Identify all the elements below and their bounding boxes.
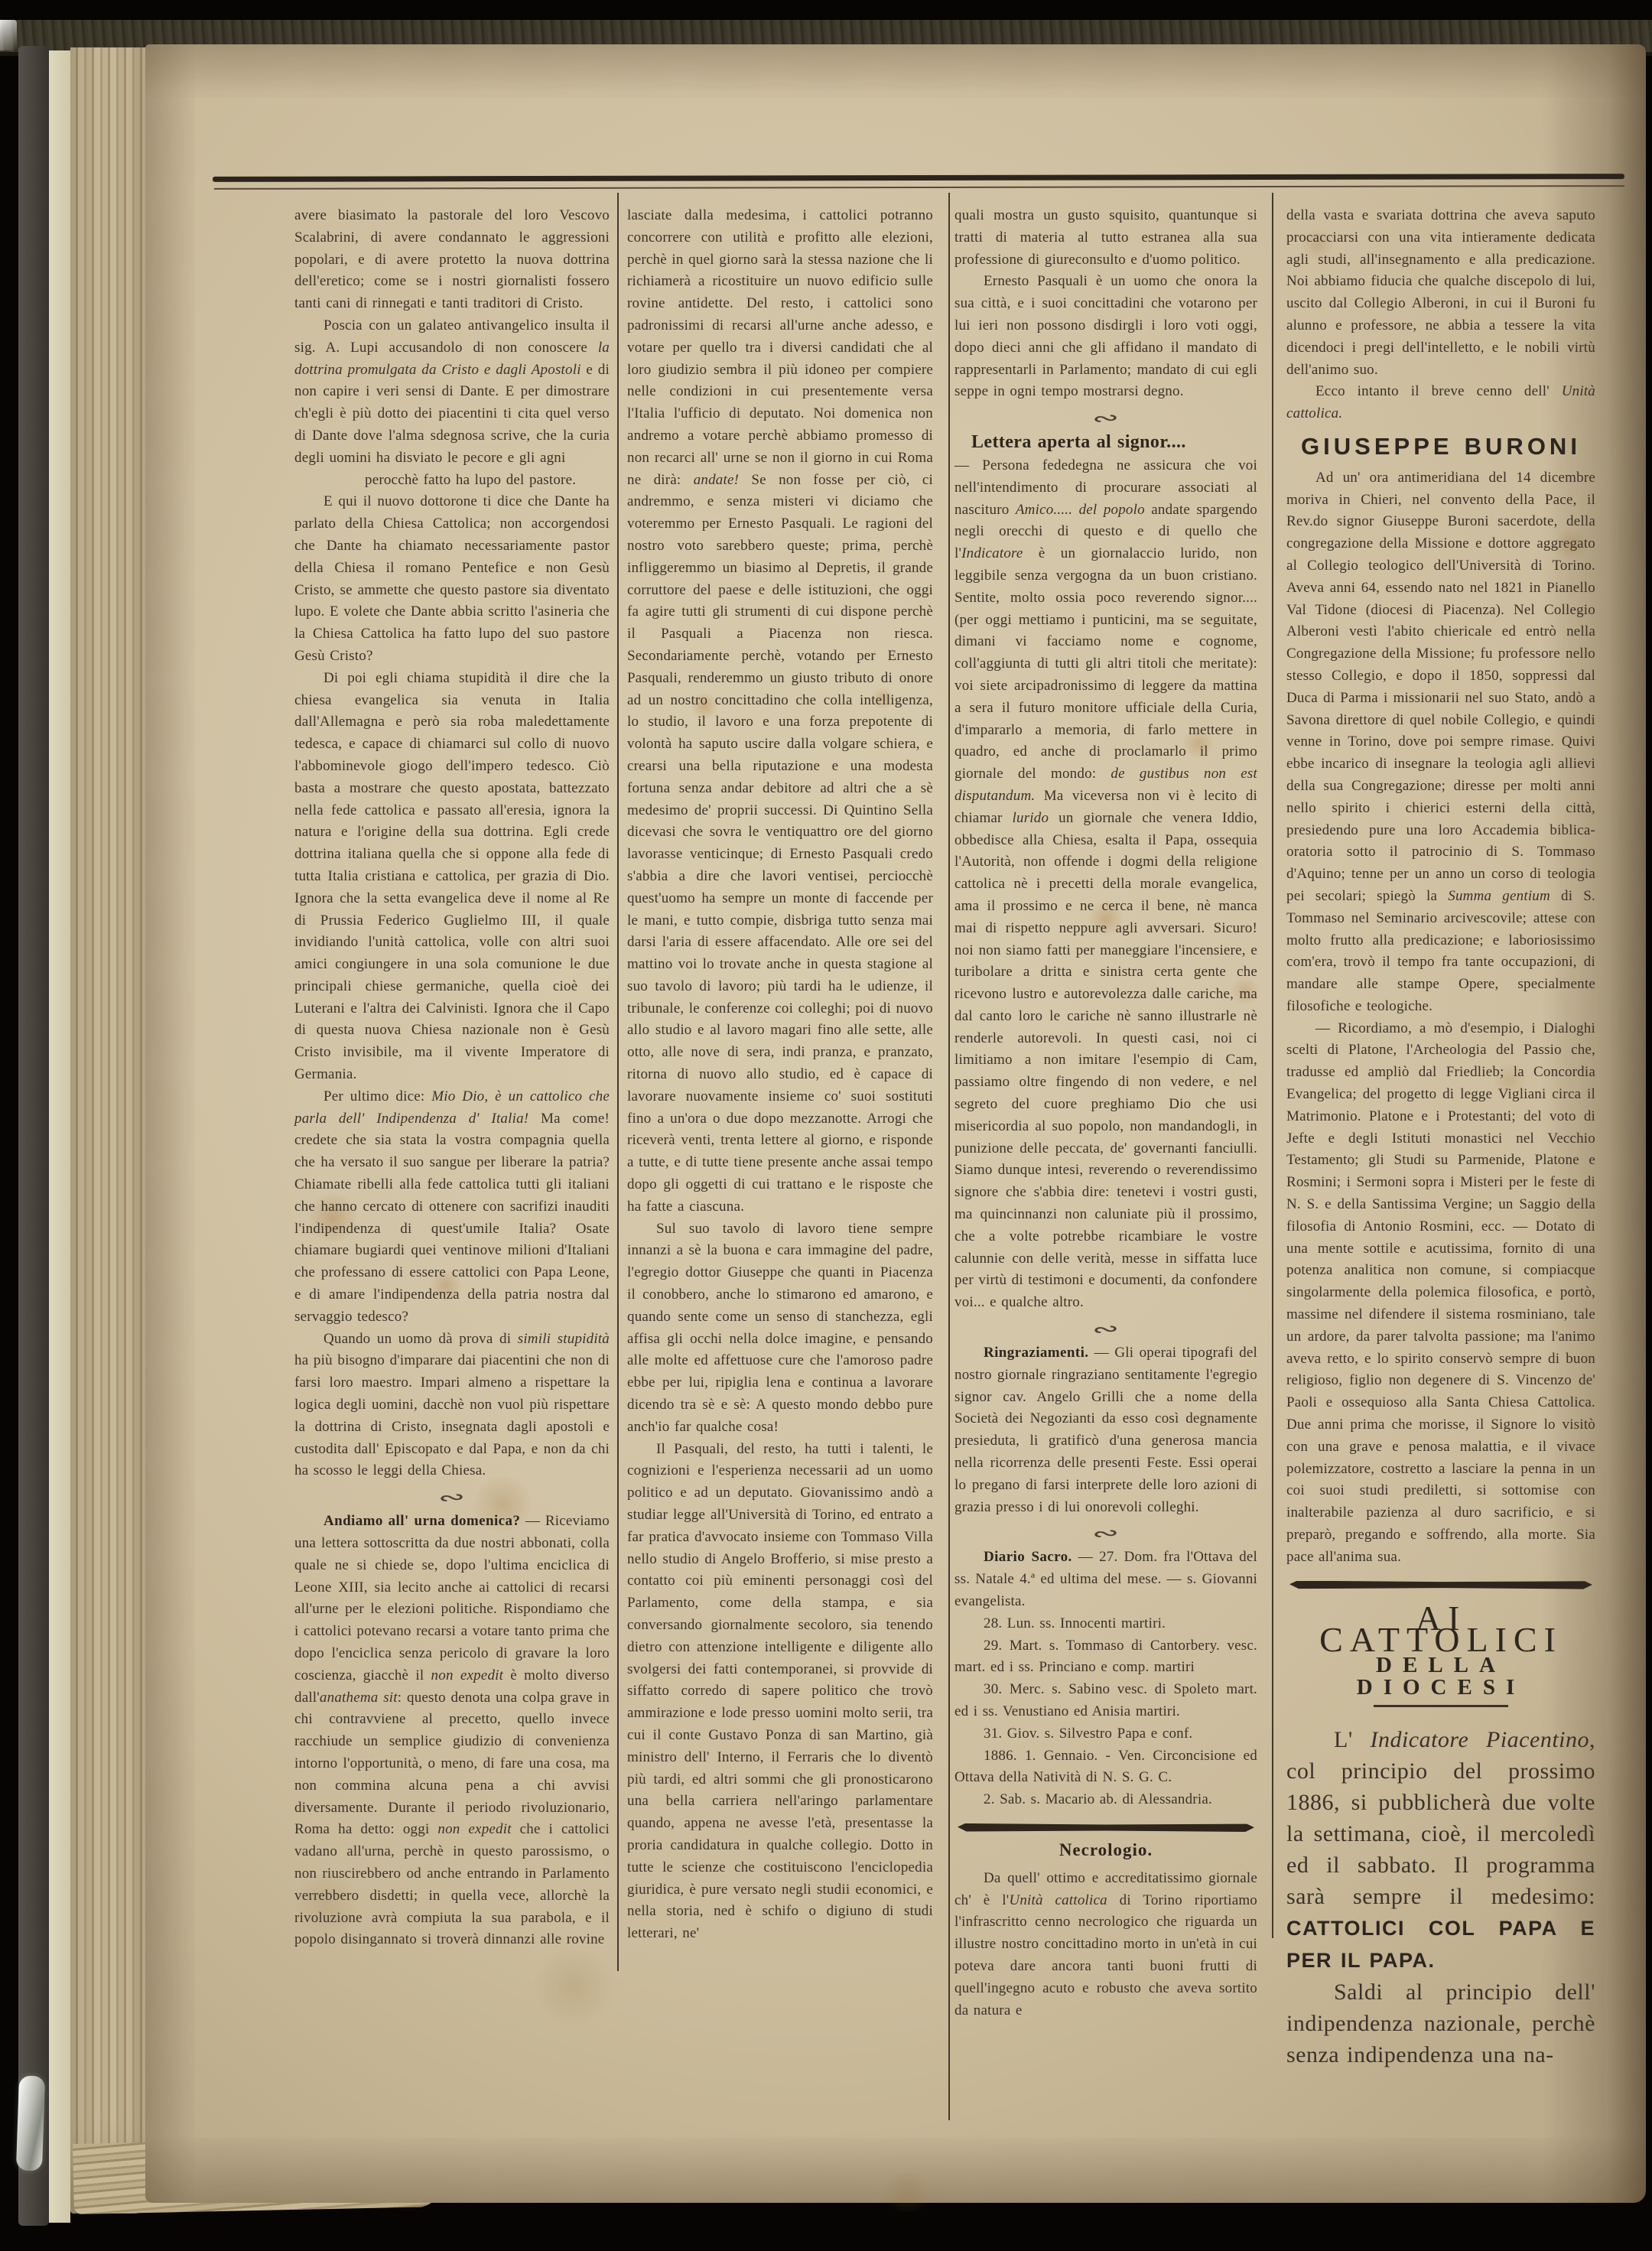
headline: DELLA DIOCESI [1286, 1654, 1595, 1699]
paragraph: E qui il nuovo dottorone ti dice che Dan… [294, 491, 610, 667]
headline: Necrologio. [954, 1840, 1257, 1862]
section-divider-icon: ∾ [436, 1487, 468, 1508]
paragraph: — Persona fededegna ne assicura che voi … [954, 455, 1257, 1314]
paragraph: perocchè fatto ha lupo del pastore. [294, 470, 610, 492]
photo-of-bound-newspaper: avere biasimato la pastorale del loro Ve… [0, 0, 1652, 2251]
paragraph: Per ultimo dice: Mio Dio, è un cattolico… [294, 1086, 610, 1329]
paragraph: Poscia con un galateo antivangelico insu… [294, 315, 610, 470]
paragraph: quali mostra un gusto squisito, quantunq… [954, 205, 1257, 271]
paragraph: Ad un' ora antimeridiana del 14 dicembre… [1286, 467, 1595, 1018]
paragraph: Il Pasquali, del resto, ha tutti i talen… [627, 1439, 933, 1945]
column-divider [617, 193, 619, 1971]
paragraph: 30. Merc. s. Sabino vesc. di Spoleto mar… [954, 1679, 1257, 1723]
headline: Lettera aperta al signor.... [954, 431, 1257, 454]
section-divider-icon: ∾ [1090, 1523, 1122, 1544]
light-glint [0, 20, 17, 50]
section-rule [1289, 1581, 1592, 1589]
paragraph: avere biasimato la pastorale del loro Ve… [294, 205, 610, 315]
column-divider [1272, 193, 1273, 1938]
paragraph: lasciate dalla medesima, i cattolici pot… [627, 205, 933, 1218]
paragraph: Saldi al principio dell' indipendenza na… [1286, 1976, 1595, 2070]
page-stack-edges [70, 47, 147, 2214]
paragraph: Andiamo all' urna domenica? — Riceviamo … [294, 1511, 610, 1951]
text-column-1: avere biasimato la pastorale del loro Ve… [294, 205, 610, 1951]
section-ornament: ∾ [954, 408, 1257, 428]
text-column-3: quali mostra un gusto squisito, quantunq… [954, 205, 1257, 2022]
paragraph: 29. Mart. s. Tommaso di Cantorbery. vesc… [954, 1635, 1257, 1680]
text-column-2: lasciate dalla medesima, i cattolici pot… [627, 205, 933, 1945]
paragraph: Ernesto Pasquali è un uomo che onora la … [954, 271, 1257, 403]
metal-clasp [16, 2075, 45, 2171]
column-divider [948, 193, 950, 2120]
section-ornament: ∾ [294, 1488, 610, 1507]
section-ornament: ∾ [954, 1319, 1257, 1339]
headline-rule [1374, 1705, 1508, 1707]
paragraph: 28. Lun. ss. Innocenti martiri. [954, 1613, 1257, 1635]
section-divider-icon: ∾ [1090, 1319, 1122, 1340]
section-rule [958, 1823, 1254, 1832]
paragraph: Diario Sacro. — 27. Dom. fra l'Ottava de… [954, 1547, 1257, 1612]
section-divider-icon: ∾ [1090, 408, 1122, 429]
paragraph: Ringraziamenti. — Gli operai tipografi d… [954, 1342, 1257, 1518]
text-column-4: della vasta e svariata dottrina che avev… [1286, 205, 1595, 2070]
paragraph: L' Indicatore Piacentino, col principio … [1286, 1724, 1595, 1976]
book-cover-spine [18, 46, 49, 2226]
paragraph: Sul suo tavolo di lavoro tiene sempre in… [627, 1218, 933, 1439]
headline: AI CATTOLICI [1286, 1608, 1595, 1652]
paragraph: 31. Giov. s. Silvestro Papa e conf. [954, 1723, 1257, 1745]
headline: GIUSEPPE BURONI [1286, 436, 1595, 458]
paragraph: Quando un uomo dà prova di simili stupid… [294, 1329, 610, 1483]
section-ornament: ∾ [954, 1524, 1257, 1543]
paragraph: 2. Sab. s. Macario ab. di Alessandria. [954, 1789, 1257, 1811]
endpaper-edge [49, 50, 70, 2223]
paragraph: 1886. 1. Gennaio. - Ven. Circoncisione e… [954, 1745, 1257, 1790]
paragraph: della vasta e svariata dottrina che avev… [1286, 205, 1595, 381]
paragraph: Da quell' ottimo e accreditatissimo gior… [954, 1868, 1257, 2022]
paragraph: Ecco intanto il breve cenno dell' Unità … [1286, 381, 1595, 425]
paragraph: Di poi egli chiama stupidità il dire che… [294, 668, 610, 1086]
paragraph: — Ricordiamo, a mò d'esempio, i Dialoghi… [1286, 1018, 1595, 1569]
